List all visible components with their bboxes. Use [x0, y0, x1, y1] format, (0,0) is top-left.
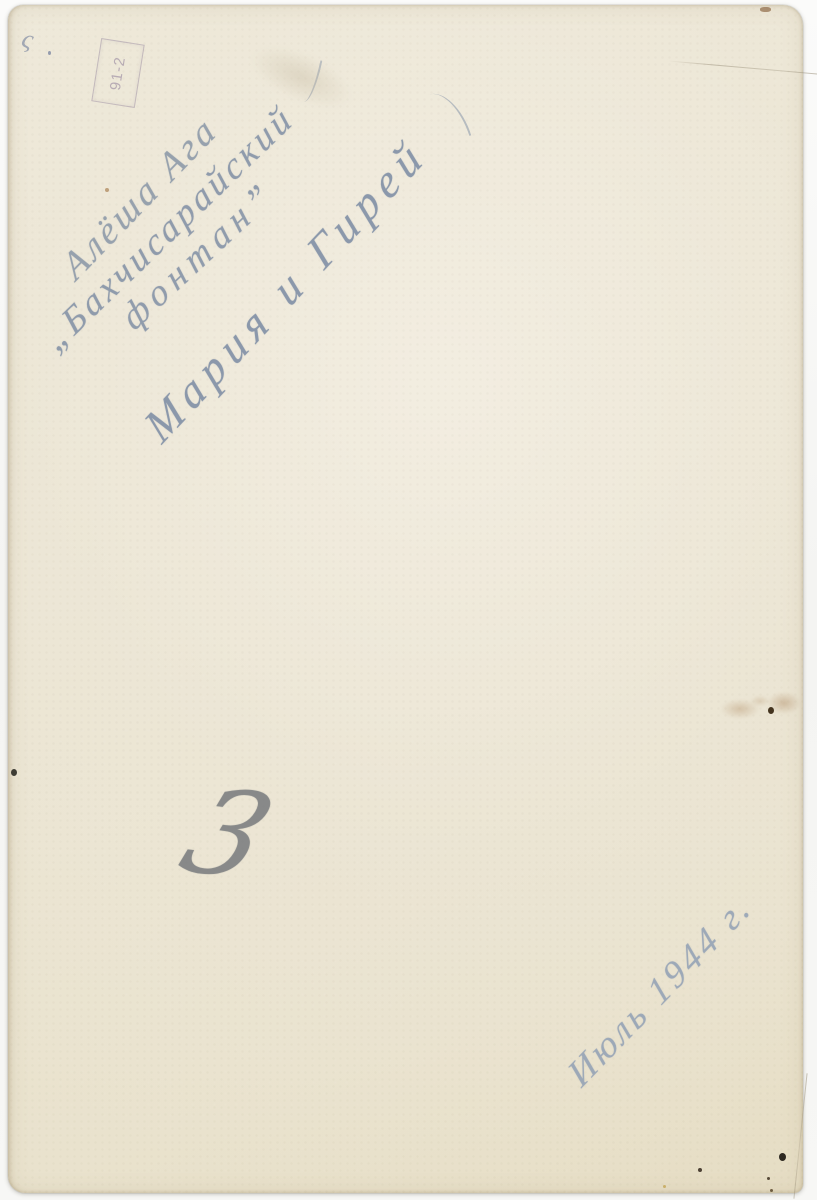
crease-line-top [668, 60, 817, 74]
pencil-squiggle-mark: ς [19, 23, 37, 56]
crease-line-right [793, 1073, 807, 1198]
pen-flourish-stroke [429, 86, 472, 144]
yellow-speck [663, 1185, 666, 1188]
archive-stamp: 91-2 [91, 38, 144, 108]
top-edge-spot [760, 7, 771, 12]
handwritten-caption: Мария и Гирей [134, 126, 437, 453]
scan-background: ς 91-2 Алёша Ага „Бахчисарайский фонтан”… [0, 0, 817, 1200]
edge-speck [11, 769, 17, 776]
photo-verso-paper: ς 91-2 Алёша Ага „Бахчисарайский фонтан”… [8, 5, 803, 1193]
handwritten-date: Июль 1944 г. [560, 884, 760, 1096]
dark-speck [770, 1189, 773, 1192]
dark-speck [768, 707, 774, 714]
foxing-stain [712, 683, 810, 729]
dark-speck [767, 1177, 770, 1180]
brown-speck [105, 188, 109, 192]
dark-speck [779, 1153, 786, 1161]
handwritten-number: 3 [165, 763, 290, 905]
pencil-dot [48, 51, 51, 55]
archive-stamp-text: 91-2 [107, 55, 129, 91]
dark-speck [698, 1168, 702, 1172]
pencil-smudge [241, 33, 361, 122]
handwritten-title-line1: „Бахчисарайский [36, 96, 302, 362]
handwritten-dedication: Алёша Ага [54, 106, 226, 289]
handwritten-title-line2: фонтан” [114, 171, 284, 339]
paper-grain-texture [8, 5, 803, 1193]
